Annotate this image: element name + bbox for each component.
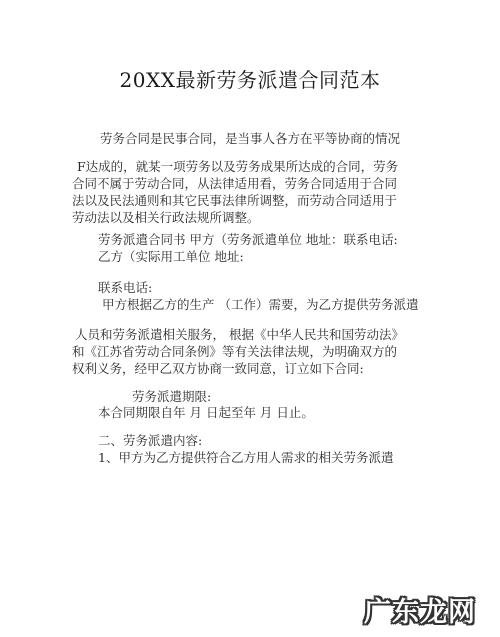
paragraph-line: F达成的，就某一项劳务以及劳务成果所达成的合同，劳务 [77, 159, 398, 175]
paragraph-line: 和《江苏省劳动合同条例》等有关法律法规，为明确双方的 [72, 344, 397, 360]
paragraph-line: 法以及民法通则和其它民事法律所调整，而劳动合同适用于 [72, 193, 397, 209]
document-title: 20XX最新劳务派遣合同范本 [0, 64, 500, 93]
section-heading: 二、劳务派遣内容: [98, 433, 202, 449]
document-page: 20XX最新劳务派遣合同范本 劳务合同是民事合同，是当事人各方在平等协商的情况 … [0, 0, 500, 637]
paragraph-line: 劳务派遣合同书 甲方（劳务派遣单位 地址：联系电话: [98, 232, 398, 248]
watermark-logo: 广东龙网 [364, 590, 476, 629]
paragraph-line: 甲方根据乙方的生产 （工作）需要，为乙方提供劳务派遣 [102, 297, 418, 313]
paragraph-line: 联系电话: [98, 280, 152, 296]
paragraph-line: 1、甲方为乙方提供符合乙方用人需求的相关劳务派遣 [98, 450, 393, 466]
paragraph-line: 乙方（实际用工单位 地址: [98, 249, 244, 265]
paragraph-line: 本合同期限自年 月 日起至年 月 日止。 [98, 405, 314, 421]
paragraph-line: 权利义务，经甲乙双方协商一致同意，订立如下合同: [72, 361, 364, 377]
paragraph-line: 劳动法以及相关行政法规所调整。 [72, 210, 260, 226]
paragraph-line: 人员和劳务派遣相关服务， 根据《中华人民共和国劳动法》 [75, 327, 404, 343]
section-heading: 劳务派遣期限: [132, 389, 211, 405]
paragraph-line: 合同不属于劳动合同，从法律适用看，劳务合同适用于合同 [72, 176, 397, 192]
paragraph-line: 劳务合同是民事合同，是当事人各方在平等协商的情况 [100, 131, 400, 147]
